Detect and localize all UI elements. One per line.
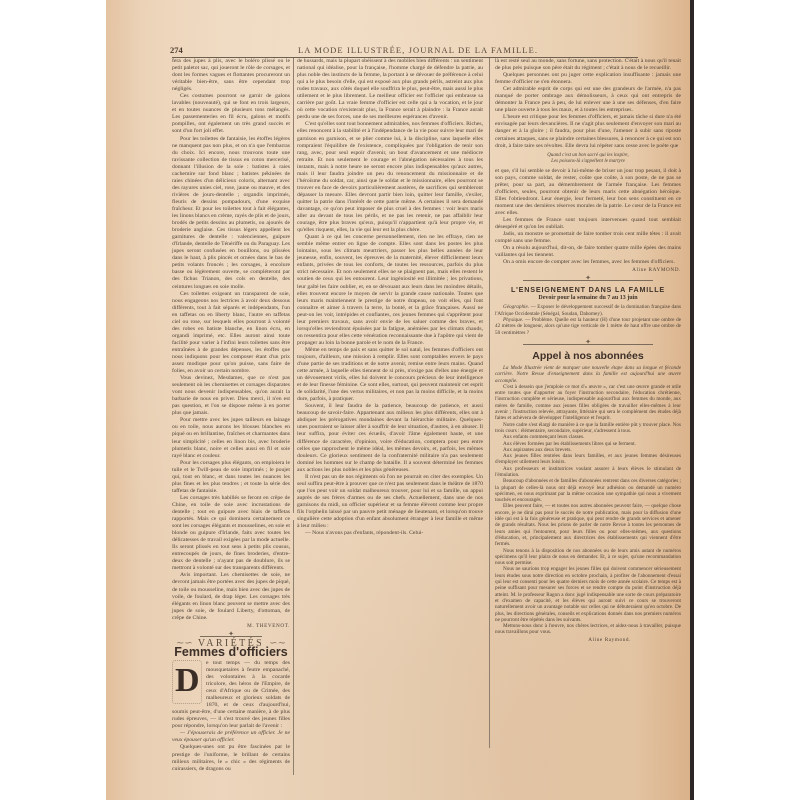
paragraph: Les corsages très habillés se feront en …: [172, 495, 290, 573]
paragraph: Quant à ce qui les concerne personnellem…: [297, 234, 483, 347]
ornamental-divider: [523, 280, 653, 281]
paragraph: C'est qu'elles sont tout bonnement admir…: [297, 121, 483, 234]
paragraph: Ces costumes pourront se garnir de galon…: [172, 93, 290, 135]
paragraph: Beaucoup d'abonnées et de familles d'abo…: [495, 478, 681, 503]
article-title: Femmes d'officiers: [172, 649, 290, 656]
column-divider-1: [293, 58, 294, 513]
assignment-geographie: Géographie. — Exposer le développement s…: [495, 304, 681, 317]
signature-raymond: Aline RAYMOND.: [495, 267, 681, 274]
paragraph: Mettons-nous donc à l'œuvre, nos chères …: [495, 623, 681, 636]
paragraph: Cet admirable esprit de corps qui est un…: [495, 86, 681, 114]
paragraph: Même en temps de paix et sans quitter le…: [297, 347, 483, 403]
paragraph: Aux professeurs et institutrices voulant…: [495, 466, 681, 479]
paragraph: On a omis encore de compter avec les fem…: [495, 259, 681, 266]
section-title-enseignement: L'ENSEIGNEMENT DANS LA FAMILLE: [495, 286, 681, 293]
paragraph: Les femmes de France sont toujours inter…: [495, 217, 681, 231]
paragraph: et que, s'il lui semble se devoir à lui-…: [495, 168, 681, 217]
appel-body: La Mode Illustrée vient de marquer une n…: [495, 365, 681, 643]
verse-quote: Quand c'est un bon sacré qui les inspire…: [495, 153, 681, 165]
paragraph: Pour les toilettes de fantaisie, les éto…: [172, 136, 290, 291]
paragraph: Avis important. Les chemisettes de soie,…: [172, 572, 290, 621]
paragraph: Nous ne saurions trop engager les jeunes…: [495, 566, 681, 623]
ornamental-divider: [200, 636, 262, 637]
assignment-physique: Physique. — Problème. Quelle est la haut…: [495, 317, 681, 336]
section-title-appel: Appel à nos abonnées: [495, 353, 681, 360]
paragraph: Souvent, il leur faudra de la patience, …: [297, 403, 483, 473]
paragraph: Il n'est pas un de nos régiments où l'on…: [297, 474, 483, 530]
paragraph: — Nous n'avons pas d'enfants, répondent-…: [297, 530, 483, 537]
journal-title: LA MODE ILLUSTRÉE, JOURNAL DE LA FAMILLE…: [298, 45, 538, 55]
signature-appel: Aline Raymond.: [495, 637, 631, 643]
paragraph: là est resté seul au monde, sans fortune…: [495, 58, 681, 72]
section-subtitle: Devoir pour la semaine du 7 au 13 juin: [495, 295, 681, 302]
scroll-ornament-icon: ∽∼: [269, 640, 286, 647]
column-3: là est resté seul au monde, sans fortune…: [495, 58, 681, 643]
column-divider-1-lower: [293, 520, 294, 775]
page-spine-edge: [690, 0, 694, 800]
section-label-varietes: ∼∽ VARIÉTÉS ∽∼: [172, 640, 290, 647]
paragraph: Pour les corsages plus élégants, on empl…: [172, 460, 290, 495]
article-body: D e tout temps — du temps des mousquetai…: [172, 660, 290, 773]
paragraph: Quelques-unes ont pu être fascinées par …: [172, 744, 290, 772]
paragraph: Elles peuvent faire, — et toutes nos aut…: [495, 503, 681, 547]
paragraph: Vous devinez, Mesdames, que ce n'est pas…: [172, 375, 290, 417]
paragraph: fera des jupes à plis, avec le boléro pl…: [172, 58, 290, 93]
paragraph: Nous tenons à la disposition de nos abon…: [495, 548, 681, 567]
paragraph: — J'épouserais de préférence un officier…: [172, 730, 290, 744]
column-divider-2: [489, 58, 490, 748]
column-2: de hussards, mais la plupart obéissent à…: [297, 58, 483, 537]
paragraph: Ces toilettes exigeant un transparent de…: [172, 291, 290, 376]
paragraph: La Mode Illustrée vient de marquer une n…: [495, 365, 681, 384]
plain-divider: [523, 344, 653, 345]
scroll-ornament-icon: ∼∽: [176, 640, 193, 647]
paragraph: Pour mettre avec les jupes tailleurs en …: [172, 417, 290, 459]
paragraph: On a résolu aujourd'hui, dit-on, de fair…: [495, 245, 681, 259]
paragraph: Quelques personnes ont pu juger cette ex…: [495, 72, 681, 86]
paragraph: Jadis, un monstre se promettait de faire…: [495, 231, 681, 245]
paragraph: de hussards, mais la plupart obéissent à…: [297, 58, 483, 121]
column-1: fera des jupes à plis, avec le boléro pl…: [172, 58, 290, 773]
page-number: 274: [170, 45, 183, 55]
paragraph: Notre cadre s'est élargi de manière à ce…: [495, 422, 681, 435]
ornamental-dropcap: D: [172, 660, 202, 704]
paragraph: C'est à dessein que j'emploie ce mot d'«…: [495, 384, 681, 422]
signature-thevenot: M. THEVENOT.: [172, 623, 290, 630]
paragraph: L'heure est critique pour les femmes d'o…: [495, 114, 681, 149]
paragraph: Aux jeunes filles rentrées dans leurs fa…: [495, 453, 681, 466]
